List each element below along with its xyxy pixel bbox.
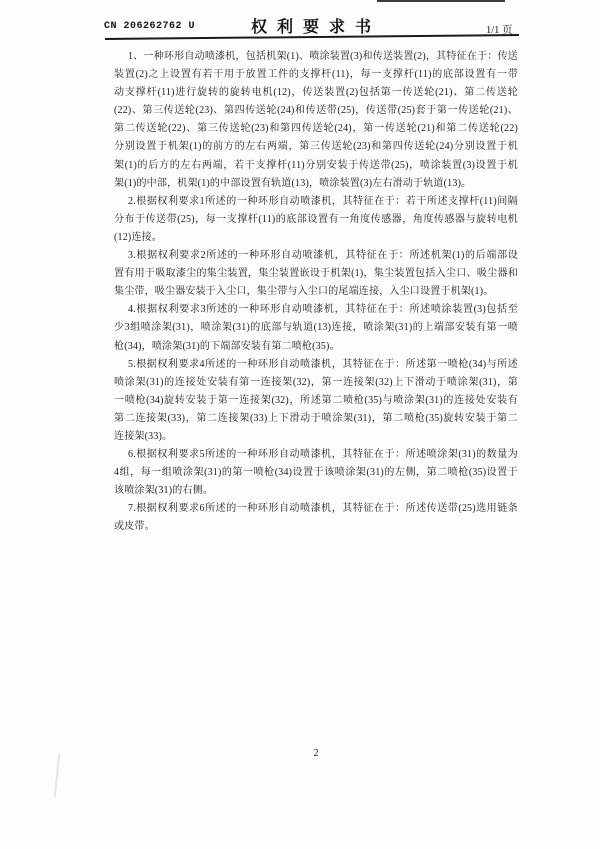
claim-2: 2.根据权利要求1所述的一种环形自动喷漆机，其特征在于：若干所述支撑杆(11)间… — [114, 193, 518, 247]
claim-line: 枪(34)，喷涂架(31)的下端部安装有第二喷枪(35)。 — [114, 338, 518, 356]
claim-4: 4.根据权利要求3所述的一种环形自动喷漆机，其特征在于：所述喷涂装置(3)包括至… — [114, 301, 518, 355]
claim-6: 6.根据权利要求5所述的一种环形自动喷漆机，其特征在于：所述喷涂架(31)的数量… — [114, 446, 518, 500]
claim-line: 2.根据权利要求1所述的一种环形自动喷漆机，其特征在于：若干所述支撑杆(11)间… — [114, 193, 518, 211]
claim-1: 1、一种环形自动喷漆机，包括机架(1)、喷涂装置(3)和传送装置(2)，其特征在… — [114, 48, 518, 193]
claim-line: 喷涂架(31)的连接处安装有第一连接架(32)，第一连接架(32)上下滑动于喷涂… — [114, 374, 518, 392]
scan-artifact-line — [377, 0, 505, 2]
claim-line: 3.根据权利要求2所述的一种环形自动喷漆机，其特征在于：所述机架(1)的后端部设 — [114, 247, 518, 265]
claim-3: 3.根据权利要求2所述的一种环形自动喷漆机，其特征在于：所述机架(1)的后端部设… — [114, 247, 518, 301]
claim-line: 一喷枪(34)旋转安装于第一连接架(32)，所述第二喷枪(35)与喷涂架(31)… — [114, 392, 518, 410]
scan-smudge — [54, 753, 61, 797]
claim-line: 装置(2)之上设置有若干用于放置工件的支撑杆(11)，每一支撑杆(11)的底部设… — [114, 66, 518, 84]
claim-line: 第二连接架(33)，第二连接架(33)上下滑动于喷涂架(31)，第二喷枪(35)… — [114, 410, 518, 428]
claim-line: 架(1)的后方的左右两端，若干支撑杆(11)分别安装于传送带(25)，喷涂装置(… — [114, 157, 518, 175]
claim-line: 分别设置于机架(1)的前方的左右两端，第三传送轮(23)和第四传送轮(24)分别… — [114, 138, 518, 156]
claim-line: 少3组喷涂架(31)，喷涂架(31)的底部与轨道(13)连接，喷涂架(31)的上… — [114, 319, 518, 337]
claim-line: 分布于传送带(25)，每一支撑杆(11)的底部设置有一角度传感器，角度传感器与旋… — [114, 211, 518, 229]
claim-line: 5.根据权利要求4所述的一种环形自动喷漆机，其特征在于：所述第一喷枪(34)与所… — [114, 356, 518, 374]
claim-line: 7.根据权利要求6所述的一种环形自动喷漆机，其特征在于：所述传送带(25)选用链… — [114, 500, 518, 518]
claim-7: 7.根据权利要求6所述的一种环形自动喷漆机，其特征在于：所述传送带(25)选用链… — [114, 500, 518, 536]
claim-line: 4.根据权利要求3所述的一种环形自动喷漆机，其特征在于：所述喷涂装置(3)包括至 — [114, 301, 518, 319]
patent-claims-page: CN 206262762 U 权 利 要 求 书 1/1 页 1、一种环形自动喷… — [0, 0, 600, 849]
claim-line: 架(1)的中部，机架(1)的中部设置有轨道(13)，喷涂装置(3)左右滑动于轨道… — [114, 175, 518, 193]
claim-line: 动支撑杆(11)进行旋转的旋转电机(12)，传送装置(2)包括第一传送轮(21)… — [114, 84, 518, 102]
claim-5: 5.根据权利要求4所述的一种环形自动喷漆机，其特征在于：所述第一喷枪(34)与所… — [114, 356, 518, 446]
claim-line: 1、一种环形自动喷漆机，包括机架(1)、喷涂装置(3)和传送装置(2)，其特征在… — [114, 48, 518, 66]
claim-line: 6.根据权利要求5所述的一种环形自动喷漆机，其特征在于：所述喷涂架(31)的数量… — [114, 446, 518, 464]
page-footer: 2 — [114, 748, 518, 759]
claim-line: (22)、第三传送轮(23)、第四传送轮(24)和传送带(25)，传送带(25)… — [114, 102, 518, 120]
claim-line: 连接架(33)。 — [114, 428, 518, 446]
claims-body: 1、一种环形自动喷漆机，包括机架(1)、喷涂装置(3)和传送装置(2)，其特征在… — [114, 48, 518, 537]
claim-line: 4组，每一组喷涂架(31)的第一喷枪(34)设置于该喷涂架(31)的左侧，第二喷… — [114, 464, 518, 482]
claim-line: 或皮带。 — [114, 518, 518, 536]
claim-line: 置有用于吸取漆尘的集尘装置，集尘装置嵌设于机架(1)，集尘装置包括入尘口、吸尘器… — [114, 265, 518, 283]
claim-line: 集尘带，吸尘器安装于入尘口，集尘带与入尘口的尾端连接，入尘口设置于机架(1)。 — [114, 283, 518, 301]
page-number: 2 — [313, 748, 318, 759]
claim-line: (12)连接。 — [114, 229, 518, 247]
claim-line: 该喷涂架(31)的右侧。 — [114, 482, 518, 500]
claim-line: 第二传送轮(22)、第三传送轮(23)和第四传送轮(24)，第一传送轮(21)和… — [114, 120, 518, 138]
